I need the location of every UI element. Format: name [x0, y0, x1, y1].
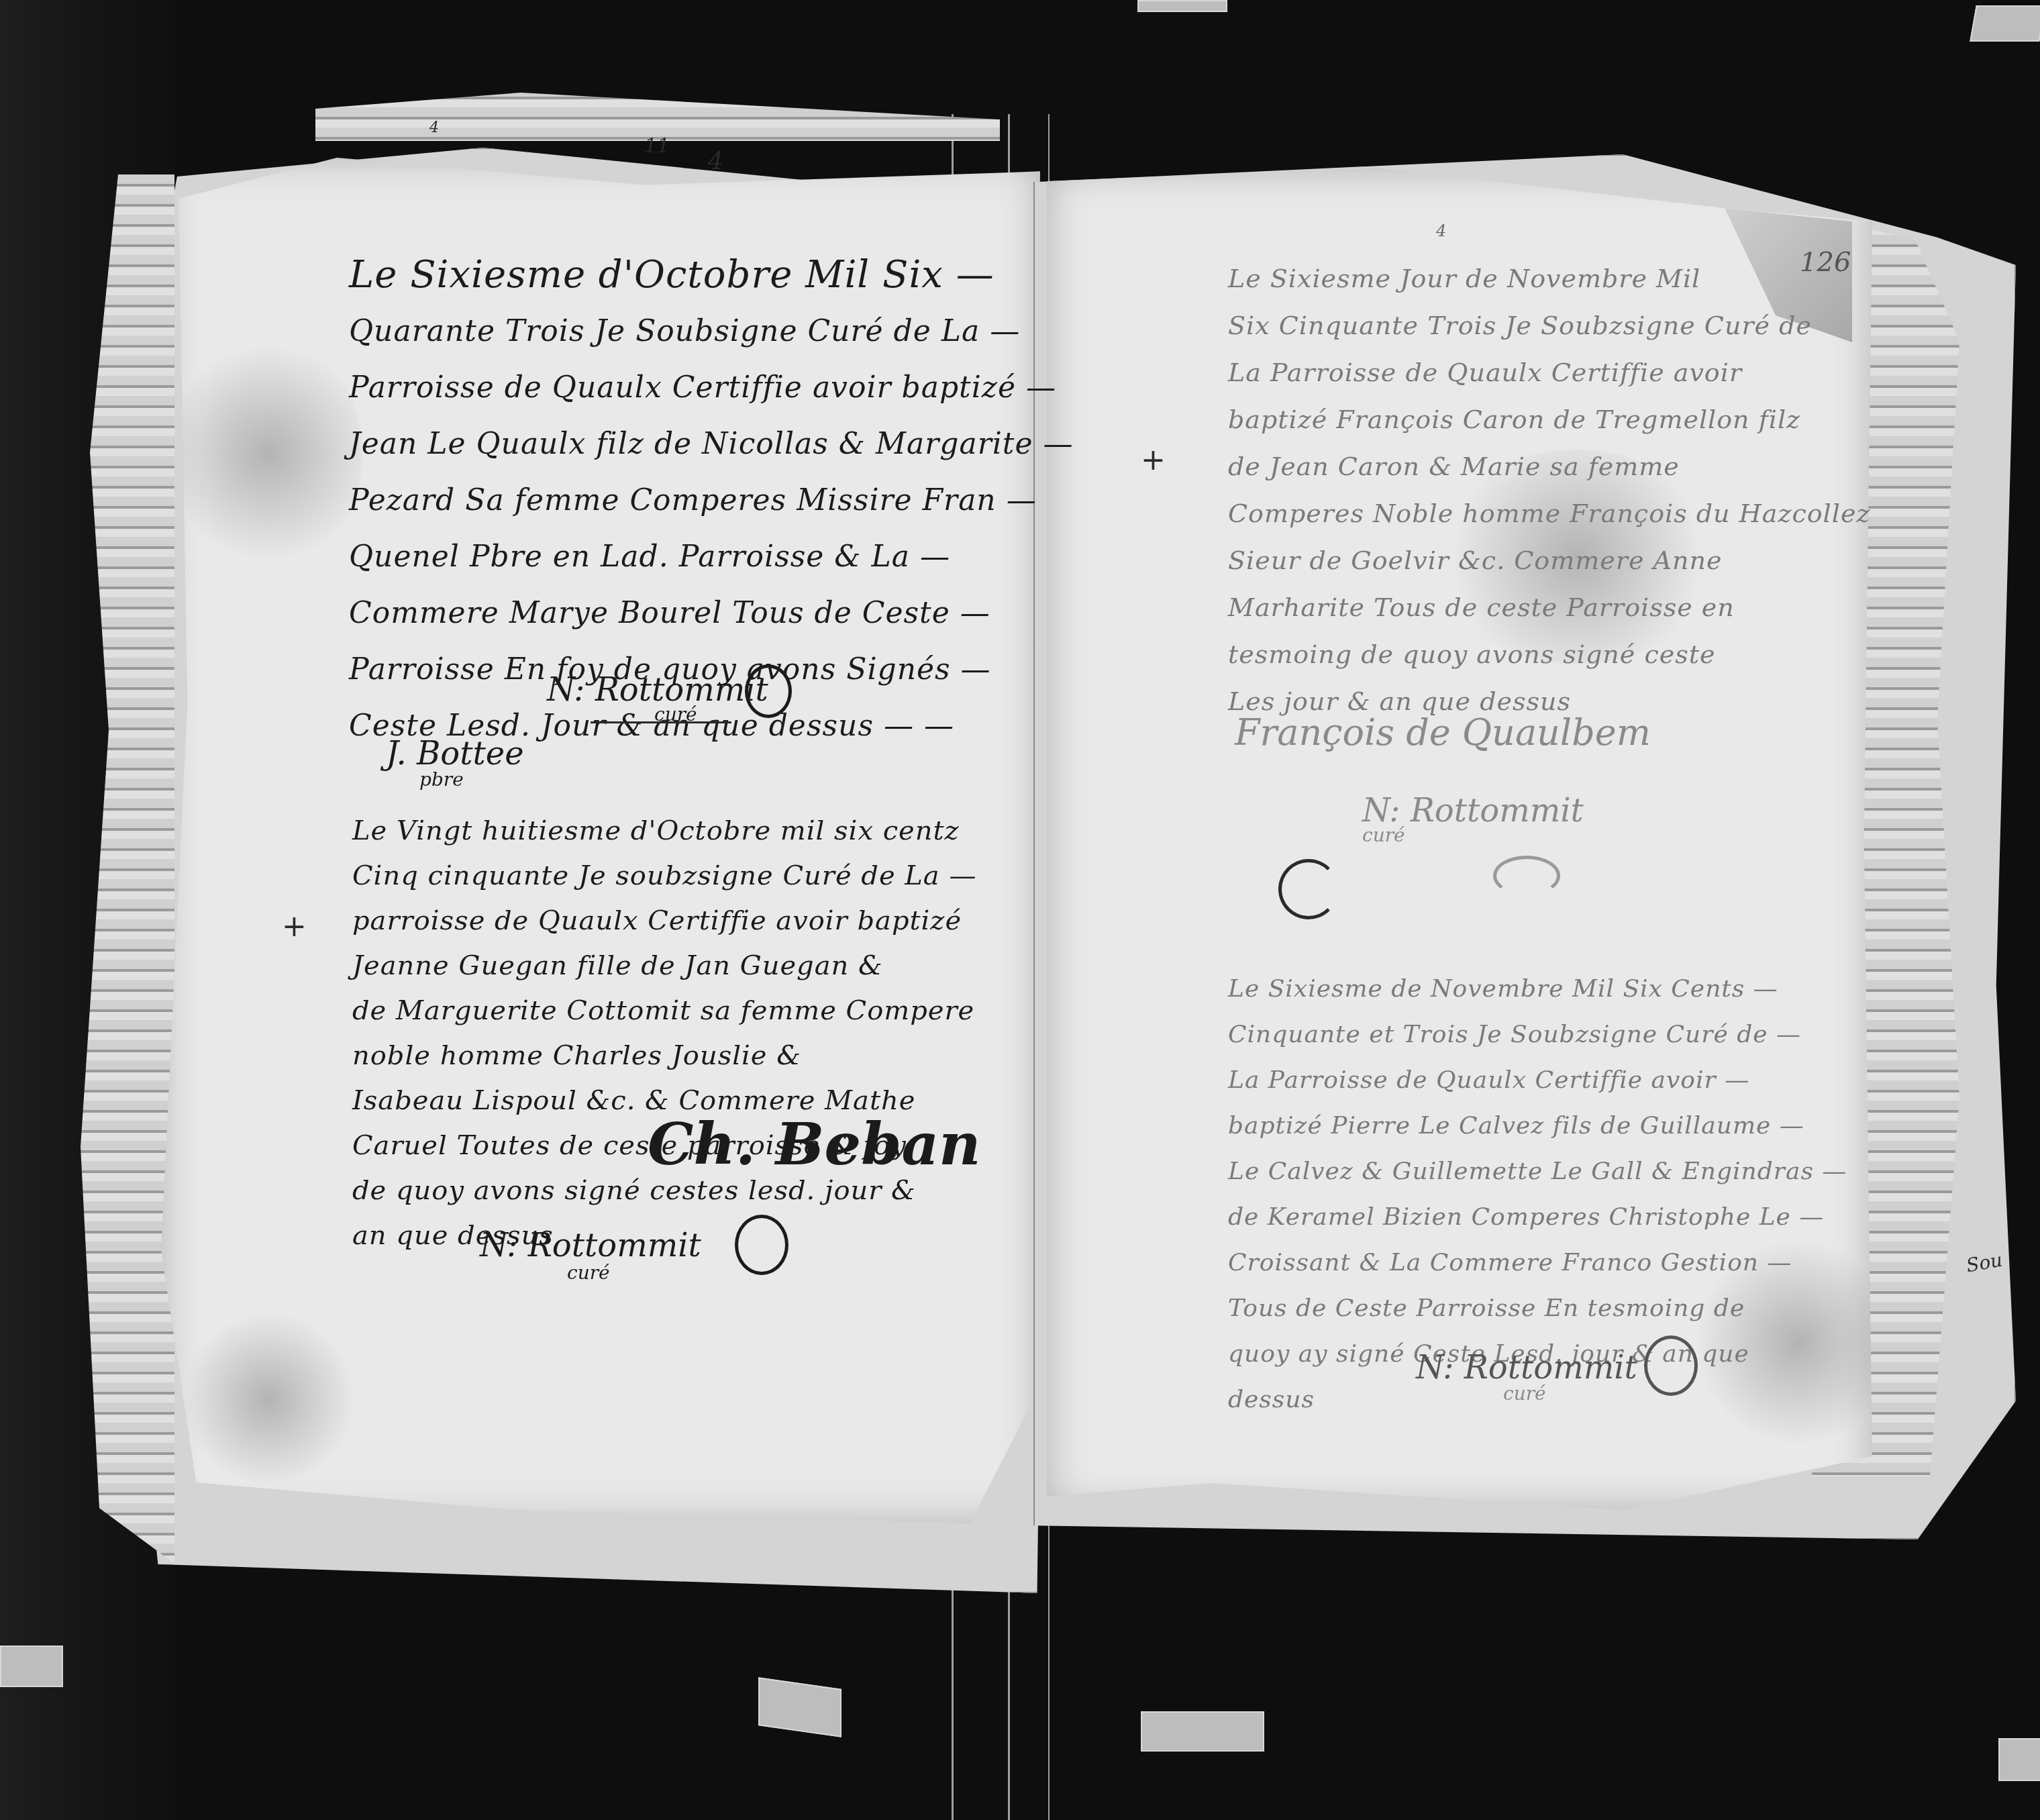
entry-line: Jeanne Guegan fille de Jan Guegan &: [352, 944, 976, 989]
entry-line: tesmoing de quoy avons signé ceste: [1228, 631, 1870, 678]
entry-line: Quarante Trois Je Soubsigne Curé de La —: [349, 303, 1073, 360]
entry-line: Le Vingt huitiesme d'Octobre mil six cen…: [352, 809, 976, 854]
folio-mark: 4: [429, 119, 439, 136]
entry-line: Jean Le Quaulx filz de Nicollas & Margar…: [349, 416, 1073, 472]
signature-paraph: [1644, 1335, 1698, 1396]
entry-line: La Parroisse de Quaulx Certiffie avoir: [1228, 349, 1870, 396]
signature-paraph: [745, 664, 792, 718]
entry-line: Cinq cinquante Je soubzsigne Curé de La …: [352, 854, 976, 899]
signature-paraph: [735, 1215, 788, 1275]
signature-underline: [591, 721, 731, 723]
entry-line: Le Sixiesme d'Octobre Mil Six —: [349, 247, 1073, 303]
signature-godfather: François de Quaulbem: [1235, 711, 1651, 754]
signature-title: curé: [1362, 824, 1405, 846]
entry-line: Comperes Noble homme François du Hazcoll…: [1228, 490, 1870, 537]
flourish-mark: [1493, 856, 1560, 896]
entry-line: La Parroisse de Quaulx Certiffie avoir —: [1228, 1058, 1847, 1103]
entry-line: Parroisse de Quaulx Certiffie avoir bapt…: [349, 360, 1073, 416]
entry-line: Commere Marye Bourel Tous de Ceste —: [349, 585, 1073, 642]
water-stain: [181, 1312, 356, 1486]
entry-line: noble homme Charles Jouslie &: [352, 1033, 976, 1078]
page-tab: [758, 1677, 841, 1737]
entry-line: Cinquante et Trois Je Soubzsigne Curé de…: [1228, 1012, 1847, 1058]
signature-cure: N: Rottommit: [1416, 1349, 1637, 1386]
margin-cross-mark: +: [1141, 443, 1166, 477]
entry-line: Le Sixiesme Jour de Novembre Mil: [1228, 255, 1870, 302]
entry-line: de Jean Caron & Marie sa femme: [1228, 443, 1870, 490]
water-stain: [174, 332, 362, 574]
page-tab: [0, 1646, 63, 1687]
entry-line: baptizé François Caron de Tregmellon fil…: [1228, 396, 1870, 443]
entry-line: parroisse de Quaulx Certiffie avoir bapt…: [352, 899, 976, 944]
signature-cure: N: Rottommit: [480, 1227, 701, 1264]
entry-2-text: Le Vingt huitiesme d'Octobre mil six cen…: [352, 809, 976, 1258]
entry-line: de Marguerite Cottomit sa femme Compere: [352, 989, 976, 1033]
signature-title: curé: [567, 1262, 610, 1284]
page-tab: [1970, 5, 2040, 42]
entry-3-text: Le Sixiesme Jour de Novembre Mil Six Cin…: [1228, 255, 1870, 725]
signature-priest: J. Bottee: [386, 735, 524, 772]
page-tab: [1998, 1738, 2040, 1781]
folio-mark: 4: [1436, 221, 1446, 240]
entry-line: Six Cinquante Trois Je Soubzsigne Curé d…: [1228, 302, 1870, 349]
folio-mark: 4: [708, 148, 723, 175]
page-tab: [1141, 1711, 1264, 1752]
entry-line: Quenel Pbre en Lad. Parroisse & La —: [349, 529, 1073, 585]
entry-line: de Keramel Bizien Comperes Christophe Le…: [1228, 1195, 1847, 1240]
entry-line: Marharite Tous de ceste Parroisse en: [1228, 584, 1870, 631]
folio-mark: 11: [644, 134, 670, 158]
signature-title: pbre: [419, 768, 464, 791]
signature-title: curé: [1503, 1382, 1546, 1405]
entry-line: Sieur de Goelvir &c. Commere Anne: [1228, 537, 1870, 584]
entry-line: baptizé Pierre Le Calvez fils de Guillau…: [1228, 1103, 1847, 1149]
entry-line: Croissant & La Commere Franco Gestion —: [1228, 1240, 1847, 1286]
entry-line: Pezard Sa femme Comperes Missire Fran —: [349, 472, 1073, 529]
entry-line: Tous de Ceste Parroisse En tesmoing de: [1228, 1286, 1847, 1331]
top-worn-edge: [315, 87, 1000, 141]
entry-line: Le Sixiesme de Novembre Mil Six Cents —: [1228, 966, 1847, 1012]
entry-line: Le Calvez & Guillemette Le Gall & Engind…: [1228, 1149, 1847, 1195]
signature-witness: Ch. Beban: [648, 1111, 981, 1178]
page-tab: [1137, 0, 1227, 12]
margin-cross-mark: +: [282, 909, 307, 944]
flourish-mark: [1278, 859, 1339, 919]
